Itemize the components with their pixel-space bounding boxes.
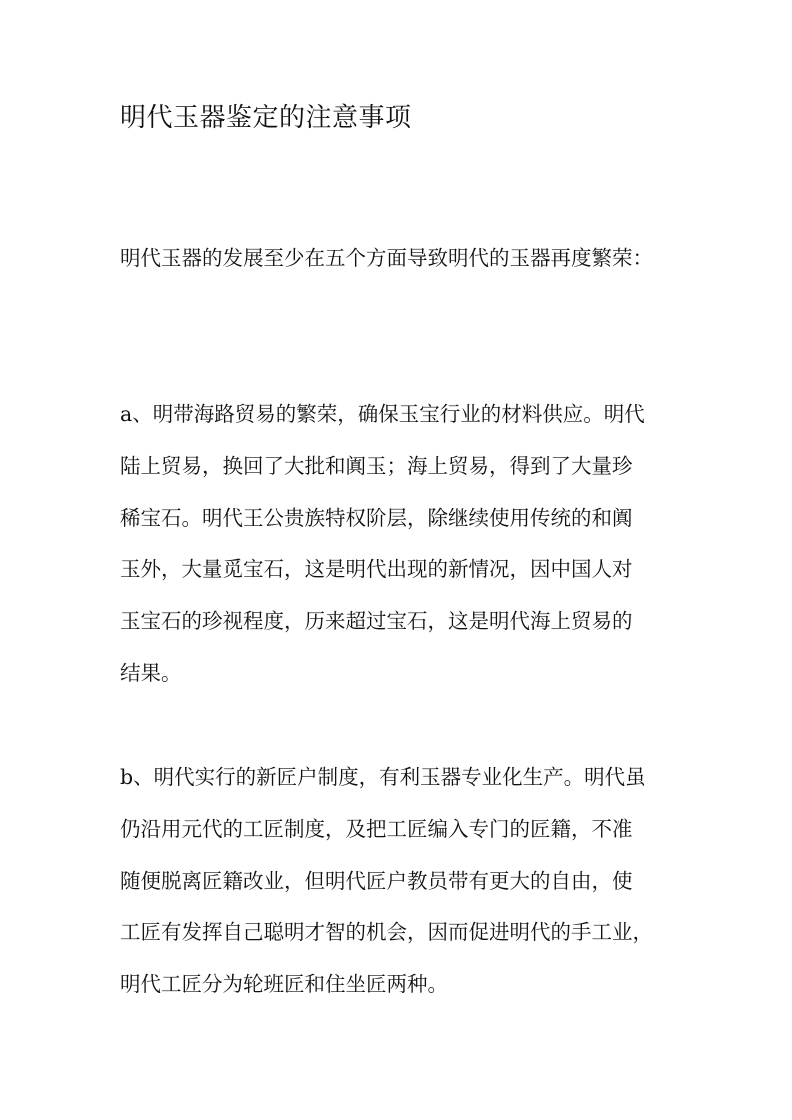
paragraph-a: a、明带海路贸易的繁荣，确保玉宝行业的材料供应。明代 陆上贸易，换回了大批和阗玉… <box>120 399 680 710</box>
paragraph-line: 玉宝石的珍视程度，历来超过宝石，这是明代海上贸易的 <box>120 606 680 658</box>
paragraph-line: 仍沿用元代的工匠制度，及把工匠编入专门的匠籍，不准 <box>120 814 680 866</box>
document-title: 明代玉器鉴定的注意事项 <box>120 100 412 136</box>
paragraph-line: 玉外，大量觅宝石，这是明代出现的新情况，因中国人对 <box>120 554 680 606</box>
paragraph-line: 工匠有发挥自己聪明才智的机会，因而促进明代的手工业， <box>120 917 680 969</box>
paragraph-line: 明代工匠分为轮班匠和住坐匠两种。 <box>120 969 680 1021</box>
paragraph-b: b、明代实行的新匠户制度，有利玉器专业化生产。明代虽 仍沿用元代的工匠制度，及把… <box>120 762 680 1021</box>
paragraph-line: 结果。 <box>120 658 680 710</box>
paragraph-line: a、明带海路贸易的繁荣，确保玉宝行业的材料供应。明代 <box>120 399 680 451</box>
intro-paragraph: 明代玉器的发展至少在五个方面导致明代的玉器再度繁荣： <box>120 243 653 273</box>
paragraph-line: 陆上贸易，换回了大批和阗玉；海上贸易，得到了大量珍 <box>120 451 680 503</box>
document-page: 明代玉器鉴定的注意事项 明代玉器的发展至少在五个方面导致明代的玉器再度繁荣： a… <box>0 0 792 1120</box>
paragraph-line: b、明代实行的新匠户制度，有利玉器专业化生产。明代虽 <box>120 762 680 814</box>
paragraph-line: 随便脱离匠籍改业，但明代匠户教员带有更大的自由，使 <box>120 866 680 918</box>
paragraph-line: 稀宝石。明代王公贵族特权阶层，除继续使用传统的和阗 <box>120 503 680 555</box>
